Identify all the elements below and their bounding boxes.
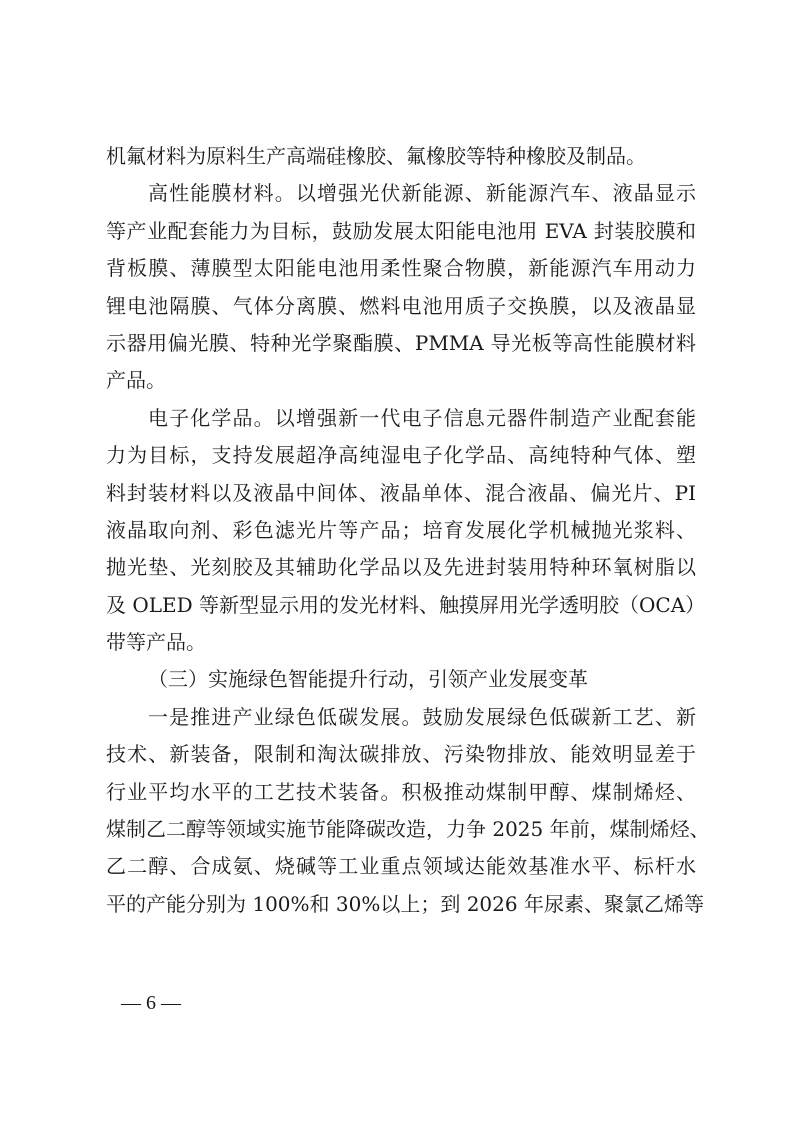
text-line: 背板膜、薄膜型太阳能电池用柔性聚合物膜，新能源汽车用动力 (106, 250, 696, 287)
text-line: 高性能膜材料。以增强光伏新能源、新能源汽车、液晶显示 (106, 175, 696, 212)
text-line: 等产业配套能力为目标，鼓励发展太阳能电池用 EVA 封装胶膜和 (106, 213, 696, 250)
text-line: 示器用偏光膜、特种光学聚酯膜、PMMA 导光板等高性能膜材料 (106, 325, 696, 362)
text-line: 机氟材料为原料生产高端硅橡胶、氟橡胶等特种橡胶及制品。 (106, 138, 696, 175)
body-text: 机氟材料为原料生产高端硅橡胶、氟橡胶等特种橡胶及制品。 高性能膜材料。以增强光伏… (106, 138, 696, 923)
text-line: 锂电池隔膜、气体分离膜、燃料电池用质子交换膜，以及液晶显 (106, 288, 696, 325)
text-line: 乙二醇、合成氨、烧碱等工业重点领域达能效基准水平、标杆水 (106, 848, 696, 885)
text-line: 行业平均水平的工艺技术装备。积极推动煤制甲醇、煤制烯烃、 (106, 774, 696, 811)
text-line: 煤制乙二醇等领域实施节能降碳改造，力争 2025 年前，煤制烯烃、 (106, 811, 696, 848)
text-line: 料封装材料以及液晶中间体、液晶单体、混合液晶、偏光片、PI (106, 475, 696, 512)
text-line: 带等产品。 (106, 624, 696, 661)
text-line: 电子化学品。以增强新一代电子信息元器件制造产业配套能 (106, 400, 696, 437)
text-line: 平的产能分别为 100%和 30%以上；到 2026 年尿素、聚氯乙烯等 (106, 886, 696, 923)
text-line: 技术、新装备，限制和淘汰碳排放、污染物排放、能效明显差于 (106, 736, 696, 773)
text-line: 产品。 (106, 362, 696, 399)
text-line: 力为目标，支持发展超净高纯湿电子化学品、高纯特种气体、塑 (106, 437, 696, 474)
text-line: 抛光垫、光刻胶及其辅助化学品以及先进封装用特种环氧树脂以 (106, 549, 696, 586)
page-number: — 6 — (121, 988, 181, 1018)
document-page: 机氟材料为原料生产高端硅橡胶、氟橡胶等特种橡胶及制品。 高性能膜材料。以增强光伏… (0, 0, 794, 1123)
text-line: 及 OLED 等新型显示用的发光材料、触摸屏用光学透明胶（OCA） (106, 587, 696, 624)
text-line: 一是推进产业绿色低碳发展。鼓励发展绿色低碳新工艺、新 (106, 699, 696, 736)
section-heading: （三）实施绿色智能提升行动，引领产业发展变革 (106, 661, 696, 698)
text-line: 液晶取向剂、彩色滤光片等产品；培育发展化学机械抛光浆料、 (106, 512, 696, 549)
